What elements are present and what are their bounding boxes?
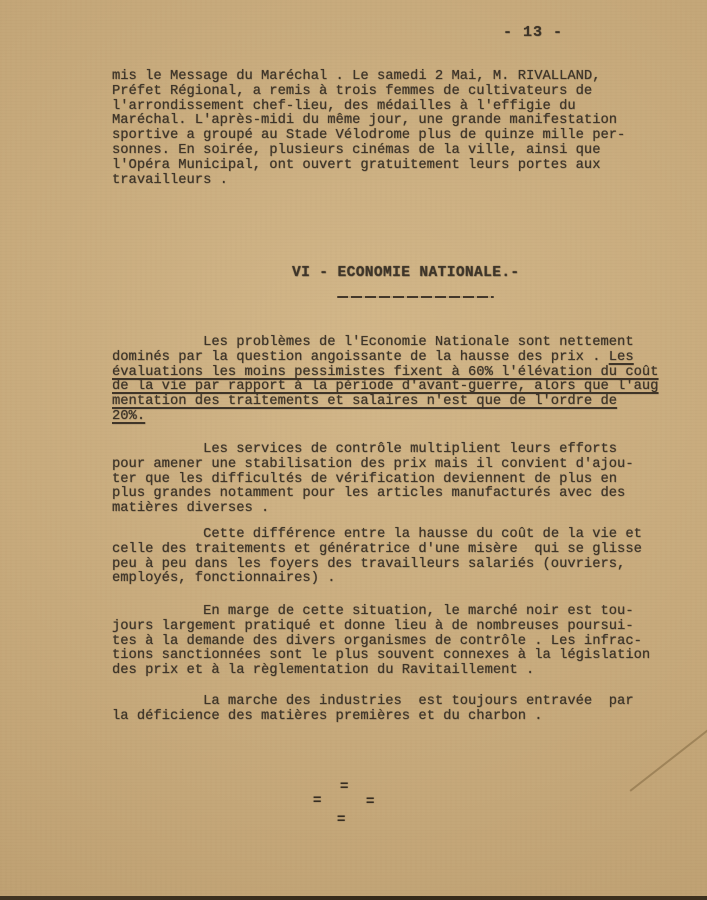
economy-paragraph-2: Les services de contrôle multiplient leu… bbox=[112, 443, 696, 517]
intro-paragraph: mis le Message du Maréchal . Le samedi 2… bbox=[112, 70, 696, 188]
economy-paragraph-5: La marche des industries est toujours en… bbox=[112, 695, 696, 725]
economy-paragraph-4: En marge de cette situation, le marché n… bbox=[112, 605, 696, 679]
economy-paragraph-1-normal: Les problèmes de l'Economie Nationale so… bbox=[112, 335, 634, 365]
heading-underline-rule bbox=[337, 296, 494, 298]
section-heading: VI - ECONOMIE NATIONALE.- bbox=[292, 266, 520, 281]
scan-bottom-edge bbox=[0, 896, 707, 900]
page-number: - 13 - bbox=[503, 26, 563, 41]
scanned-document-page: { "page": { "number_label": "- 13 -", "p… bbox=[0, 0, 707, 900]
end-mark-top: = bbox=[340, 779, 347, 795]
economy-paragraph-3: Cette différence entre la hausse du coût… bbox=[112, 528, 696, 587]
end-mark-bottom: = bbox=[337, 812, 344, 828]
end-mark-left: = bbox=[313, 793, 320, 809]
end-mark-right: = bbox=[366, 794, 373, 810]
economy-paragraph-1: Les problèmes de l'Economie Nationale so… bbox=[112, 336, 696, 425]
